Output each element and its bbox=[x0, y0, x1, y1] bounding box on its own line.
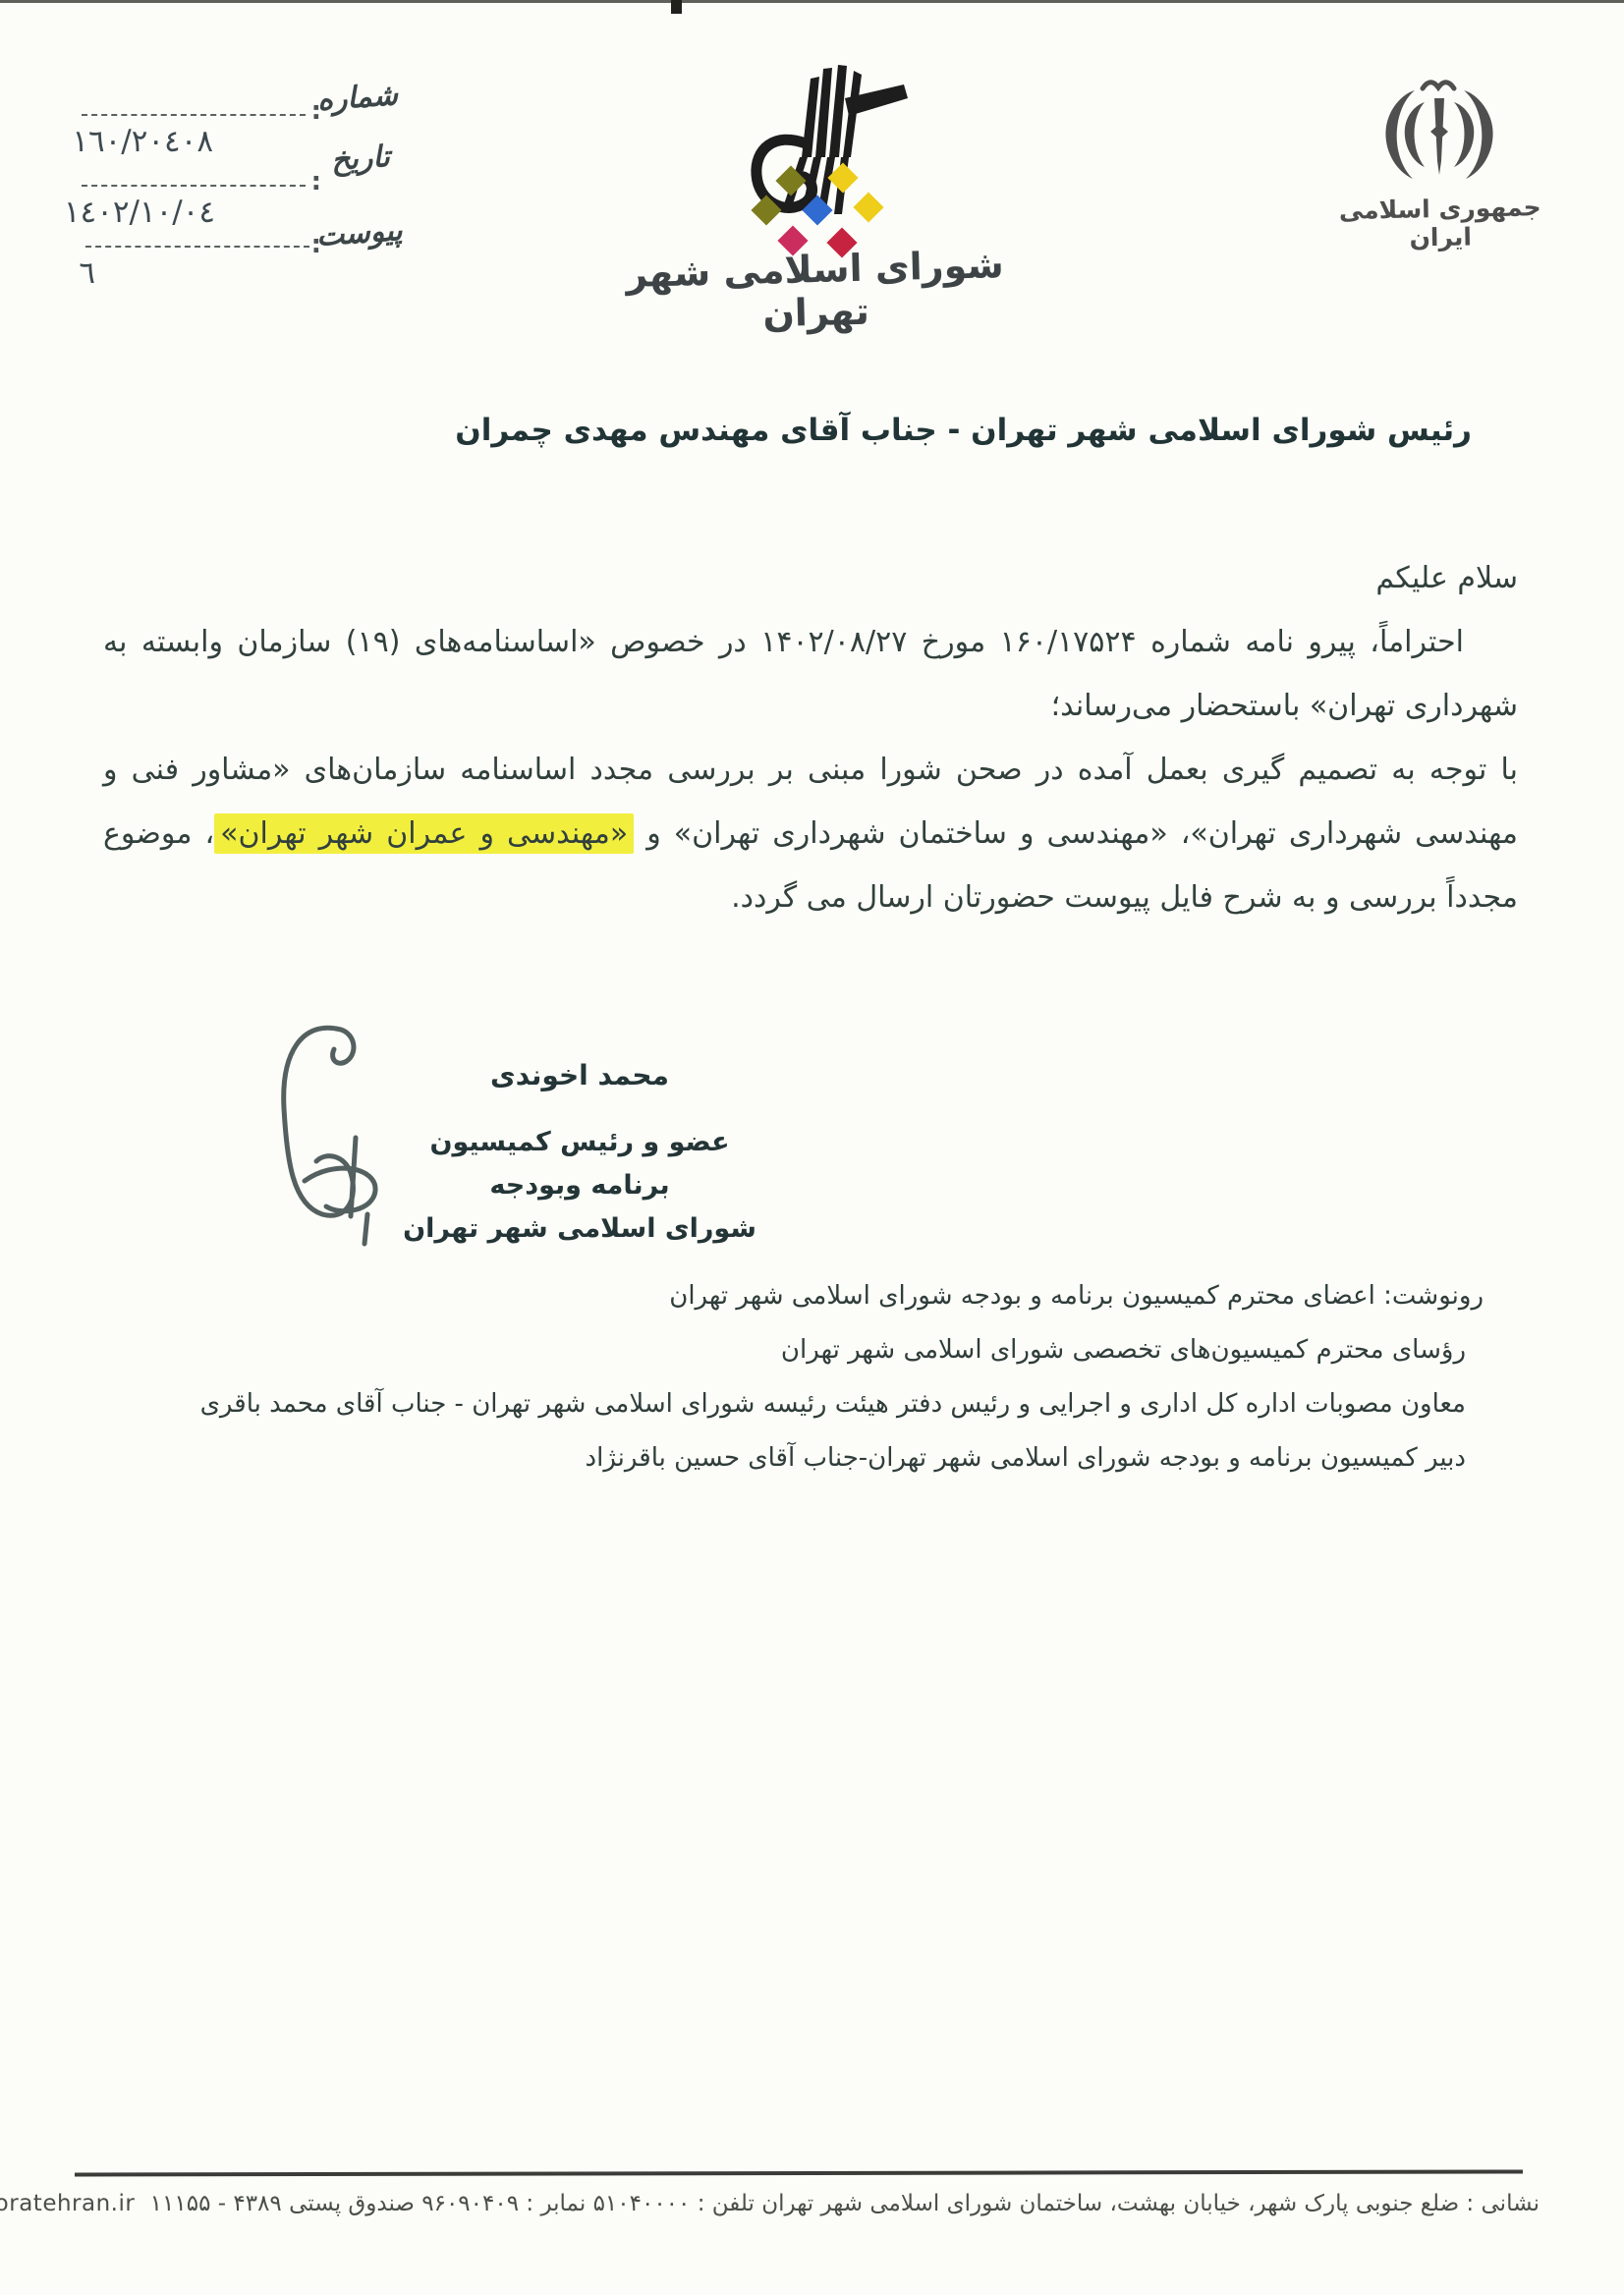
signature-block: محمد اخوندی عضو و رئیس کمیسیون برنامه وب… bbox=[388, 1059, 771, 1251]
signer-role-1: عضو و رئیس کمیسیون برنامه وبودجه bbox=[388, 1121, 771, 1207]
attachment-dashed-line bbox=[85, 246, 309, 248]
cc-line: رونوشت: اعضای محترم کمیسیون برنامه و بود… bbox=[403, 1269, 1484, 1323]
logo-diamonds bbox=[751, 162, 883, 257]
cc-line: معاون مصوبات اداره کل اداری و اجرایی و ر… bbox=[403, 1377, 1484, 1431]
number-value: ١٦٠/٢٠٤٠٨ bbox=[72, 124, 213, 159]
scan-artifact-notch bbox=[671, 0, 682, 14]
signer-role-2: شورای اسلامی شهر تهران bbox=[388, 1207, 771, 1251]
attachment-value: ٦ bbox=[79, 255, 95, 291]
scanned-letter-page: شماره : ١٦٠/٢٠٤٠٨ تاریخ : ١٤٠٢/١٠/٠٤ پیو… bbox=[0, 0, 1624, 2295]
paragraph-1: احتراماً، پیرو نامه شماره ۱۶۰/۱۷۵۲۴ مورخ… bbox=[103, 610, 1518, 738]
iran-emblem-icon bbox=[1368, 75, 1510, 197]
footer-address: نشانی : ضلع جنوبی پارک شهر، خیابان بهشت،… bbox=[150, 2191, 1540, 2216]
council-logo-mark bbox=[715, 47, 927, 259]
iran-emblem-title: جمهوری اسلامی ایران bbox=[1315, 193, 1567, 253]
recipient-line: رئیس شورای اسلامی شهر تهران - جناب آقای … bbox=[455, 413, 1472, 448]
date-dashed-line bbox=[82, 185, 306, 187]
council-logo-title: شورای اسلامی شهر تهران bbox=[618, 243, 1013, 339]
date-label: تاریخ bbox=[330, 140, 391, 178]
date-colon: : bbox=[311, 167, 321, 196]
scan-artifact-top-edge bbox=[0, 0, 1624, 3]
attachment-label: پیوست bbox=[314, 213, 403, 253]
greeting: سلام علیکم bbox=[103, 546, 1518, 610]
letter-body: سلام علیکم احتراماً، پیرو نامه شماره ۱۶۰… bbox=[103, 546, 1518, 929]
footer-website: www.shoratehran.ir bbox=[0, 2191, 142, 2216]
cc-line: دبیر کمیسیون برنامه و بودجه شورای اسلامی… bbox=[403, 1431, 1484, 1485]
footer-divider bbox=[75, 2169, 1523, 2176]
number-label: شماره bbox=[316, 78, 399, 118]
reference-fields: شماره : ١٦٠/٢٠٤٠٨ تاریخ : ١٤٠٢/١٠/٠٤ پیو… bbox=[74, 81, 408, 292]
attachment-colon: : bbox=[311, 230, 321, 259]
cc-line: رؤسای محترم کمیسیون‌های تخصصی شورای اسلا… bbox=[403, 1323, 1484, 1377]
paragraph-2: با توجه به تصمیم گیری بعمل آمده در صحن ش… bbox=[103, 738, 1518, 929]
number-colon: : bbox=[311, 96, 321, 126]
number-dashed-line bbox=[82, 114, 306, 116]
council-logo-icon bbox=[715, 47, 927, 259]
highlighted-text: «مهندسی و عمران شهر تهران» bbox=[214, 813, 634, 854]
signer-name: محمد اخوندی bbox=[388, 1059, 771, 1092]
footer-address-line: نشانی : ضلع جنوبی پارک شهر، خیابان بهشت،… bbox=[85, 2191, 1540, 2216]
iran-emblem-mark bbox=[1368, 75, 1510, 197]
cc-list: رونوشت: اعضای محترم کمیسیون برنامه و بود… bbox=[403, 1269, 1484, 1485]
date-value: ١٤٠٢/١٠/٠٤ bbox=[64, 195, 215, 230]
